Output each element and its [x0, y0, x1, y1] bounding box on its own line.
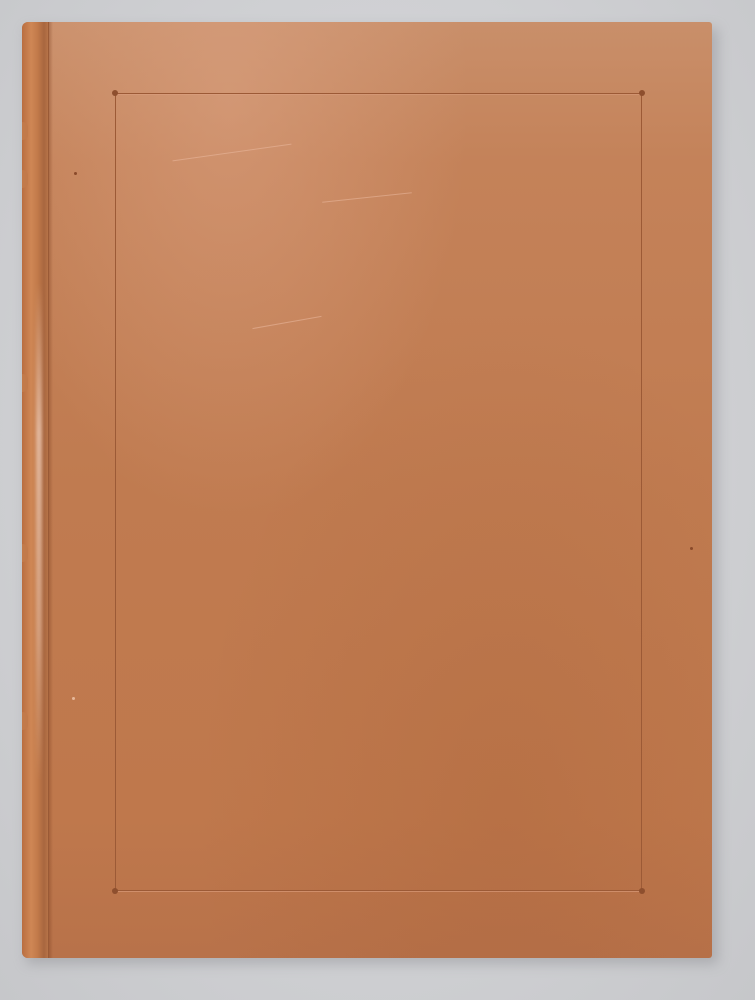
leather-speck	[74, 172, 77, 175]
book-spine	[22, 22, 49, 958]
blind-tooled-frame	[115, 93, 642, 891]
spine-raised-band	[22, 374, 28, 392]
leather-speck	[690, 547, 693, 550]
corner-dot-icon	[112, 888, 118, 894]
spine-raised-band	[22, 170, 28, 188]
spine-raised-band	[22, 712, 28, 730]
cover-hinge	[49, 22, 53, 958]
corner-dot-icon	[639, 90, 645, 96]
leather-speck	[72, 697, 75, 700]
spine-raised-band	[22, 122, 28, 140]
corner-dot-icon	[639, 888, 645, 894]
spine-highlight	[36, 282, 42, 782]
book-cover	[22, 22, 712, 958]
spine-raised-band	[22, 544, 28, 562]
corner-dot-icon	[112, 90, 118, 96]
